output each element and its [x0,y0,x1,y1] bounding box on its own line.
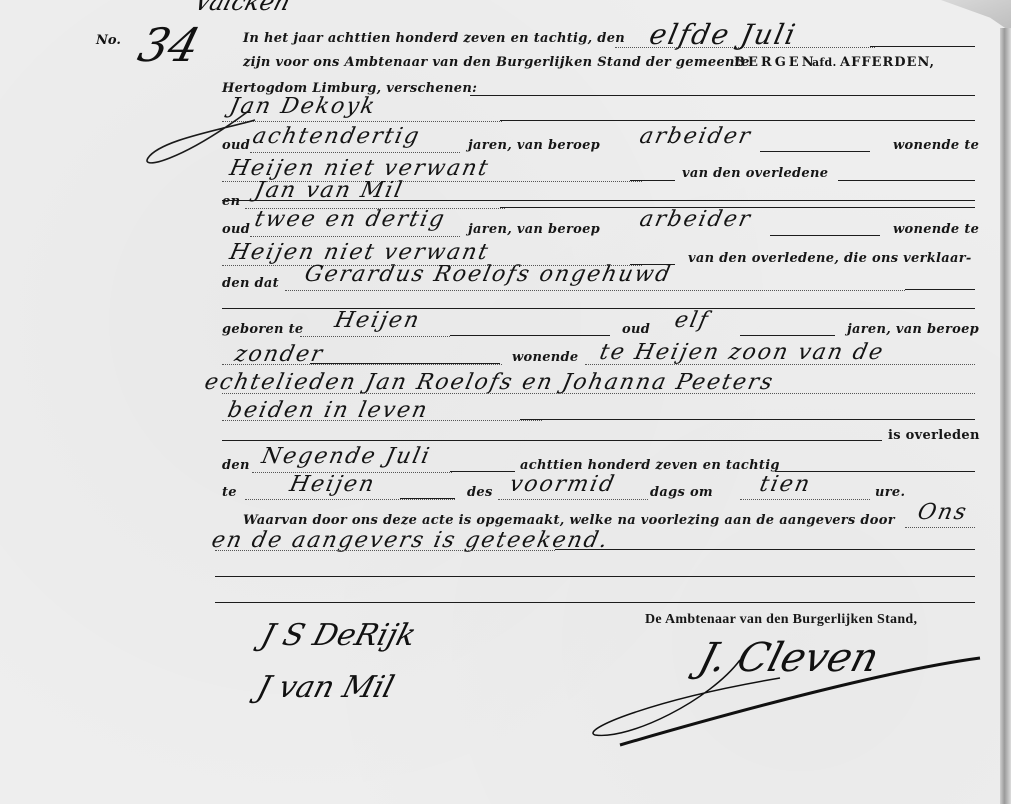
label-jaren-beroep-2: jaren, van beroep [468,222,600,237]
hw-signed-by-1: Ons [915,500,970,525]
hw-birthplace: Heijen [332,308,423,333]
hw-witness1-age: achtendertig [250,124,423,149]
hw-deceased-name: Gerardus Roelofs ongehuwd [302,262,674,287]
label-dags-om: dags om [650,485,713,500]
official-title: De Ambtenaar van den Burgerlijken Stand, [645,612,917,628]
label-wonende-te-1: wonende te [893,138,979,153]
afd-label: afd. [812,56,837,69]
hw-deceased-age: elf [672,308,712,333]
hw-witness2-age: twee en dertig [252,207,448,232]
rule-line [310,363,500,364]
hw-time-of-day: voormid [507,472,618,497]
label-wonende-te-2: wonende te [893,222,979,237]
printed-line-1: In het jaar achttien honderd zeven en ta… [243,31,625,46]
label-oud-1: oud [222,138,250,153]
dotted-line [222,393,975,394]
label-den: den [222,458,250,473]
label-van-den-overledene-verklaar: van den overledene, die ons verklaar- [688,251,972,266]
label-jaren-beroep-1: jaren, van beroep [468,138,600,153]
hw-deceased-residence: te Heijen zoon van de [597,340,886,365]
rule-line [770,235,880,236]
record-number-value: 34 [133,18,206,72]
dotted-line [585,364,975,365]
rule-line [760,151,870,152]
hw-parents-line1: echtelieden Jan Roelofs en Johanna Peete… [202,370,776,395]
document-page: Valcken No. 34 In het jaar achttien hond… [0,0,1000,804]
dotted-line [215,550,555,551]
printed-waarvan-line: Waarvan door ons deze acte is opgemaakt,… [243,513,895,528]
signature-witness2: J van Mil [253,670,398,705]
rule-line [470,95,975,96]
dotted-line [300,336,450,337]
label-oud-3: oud [622,322,650,337]
division-name: AFFERDEN, [840,55,935,70]
dotted-line [222,121,502,122]
rule-line [500,120,975,121]
top-fragment-handwriting: Valcken [191,0,293,16]
label-wonende: wonende [512,350,579,365]
dotted-line [250,152,460,153]
rule-line [222,440,882,441]
dotted-line [222,420,542,421]
label-oud-2: oud [222,222,250,237]
label-en: en [222,194,240,209]
hw-witness2-occupation: arbeider [637,207,754,232]
rule-line [630,180,675,181]
municipality-name: BERGEN [734,55,817,70]
dotted-line [498,499,648,500]
hw-death-place: Heijen [287,472,378,497]
label-is-overleden: is overleden [888,428,980,443]
dotted-line [905,527,975,528]
rule-line [740,335,835,336]
dotted-line [245,499,455,500]
rule-line [838,180,975,181]
official-signature-flourish [590,650,990,760]
rule-line [215,576,975,577]
label-den-dat: den dat [222,276,279,291]
dotted-line [250,236,460,237]
page-right-edge [1000,28,1011,804]
signature-witness1: J S DeRijk [257,618,420,653]
rule-line [215,602,975,603]
rule-line [520,419,975,420]
label-achttien-tachtig: achttien honderd zeven en tachtig [520,458,780,473]
hw-witness1-occupation: arbeider [637,124,754,149]
label-jaren-beroep-3: jaren, van beroep [847,322,979,337]
dotted-line [285,290,905,291]
rule-line [870,46,975,47]
rule-line [450,335,610,336]
rule-line [400,498,455,499]
label-ure: ure. [875,485,905,500]
label-des: des [467,485,493,500]
hw-witness2-name: Jan van Mil [252,178,406,203]
dotted-line [222,364,502,365]
label-geboren-te: geboren te [222,322,304,337]
rule-line [222,308,975,309]
rule-line [450,471,515,472]
rule-line [905,289,975,290]
label-te: te [222,485,237,500]
record-number-label: No. [96,33,121,48]
dotted-line [740,499,870,500]
printed-line-2a: zijn voor ons Ambtenaar van den Burgerli… [243,55,750,70]
hw-death-date: Negende Juli [259,444,433,469]
label-van-den-overledene-1: van den overledene [682,166,828,181]
hw-hour: tien [757,472,813,497]
hw-date: elfde Juli [646,18,799,51]
rule-line [555,549,975,550]
